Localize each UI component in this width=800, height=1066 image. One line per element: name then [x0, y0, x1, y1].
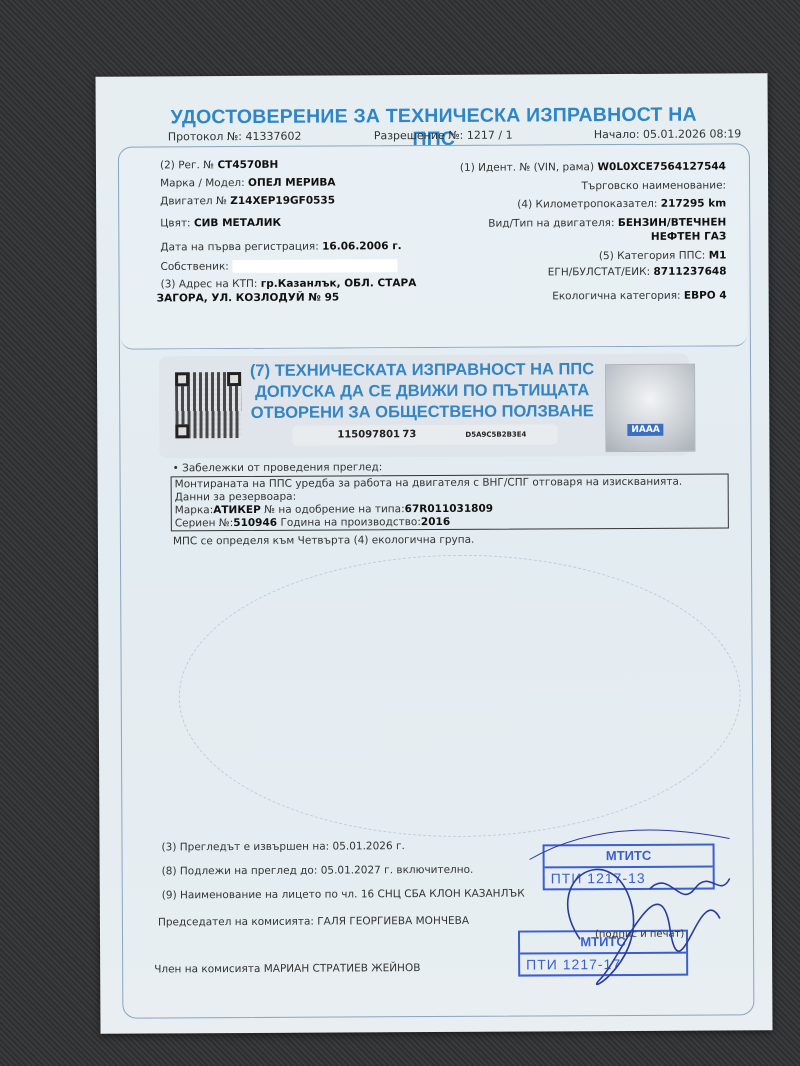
vehicle-color: Цвят: СИВ МЕТАЛИК	[160, 217, 281, 230]
owner: Собственик:	[160, 259, 397, 273]
hologram-label: ИААА	[627, 424, 663, 436]
egn-bulstat: ЕГН/БУЛСТАТ/ЕИК: 8711237648	[548, 265, 727, 278]
make-model: Марка / Модел: ОПЕЛ МЕРИВА	[160, 177, 336, 190]
sticker-suffix: 73	[402, 429, 416, 440]
engine-type-line2: НЕФТЕН ГАЗ	[651, 230, 726, 242]
sticker-code: D5A9C5B2B3E4	[465, 431, 526, 439]
next-inspection: (8) Подлежи на преглед до: 05.01.2027 г.…	[162, 864, 474, 878]
approval-statement: (7) ТЕХНИЧЕСКАТА ИЗПРАВНОСТ НА ППС ДОПУС…	[247, 359, 597, 424]
protocol-number: Протокол №: 41337602	[168, 130, 302, 144]
inspecting-entity: (9) Наименование на лицето по чл. 16 СНЦ…	[162, 888, 525, 902]
trade-name: Търговско наименование:	[581, 179, 726, 192]
qr-corner-icon	[175, 372, 189, 386]
owner-redaction	[233, 259, 398, 273]
vehicle-category: (5) Категория ППС: M1	[599, 249, 727, 262]
first-registration: Дата на първа регистрация: 16.06.2006 г.	[160, 240, 401, 253]
inspection-address-line2: ЗАГОРА, УЛ. КОЗЛОДУЙ № 95	[157, 291, 340, 304]
notes-label: • Забележки от проведения преглед:	[173, 461, 383, 474]
hologram-seal-icon	[605, 364, 695, 452]
sticker-serial: 115097801	[337, 429, 400, 440]
eco-category: Екологична категория: ЕВРО 4	[552, 289, 727, 302]
odometer: (4) Километропоказател: 217295 km	[517, 197, 726, 210]
start-time: Начало: 05.01.2026 08:19	[594, 127, 741, 141]
permit-number: Разрешение №: 1217 / 1	[374, 129, 513, 143]
eco-group-note: МПС се определя към Четвърта (4) екологи…	[173, 534, 474, 548]
inspection-address: (3) Адрес на КТП: гр.Казанлък, ОБЛ. СТАР…	[161, 277, 417, 290]
qr-corner-icon	[175, 424, 189, 438]
engine-number: Двигател № Z14XEP19GF0535	[160, 195, 335, 208]
certificate-paper: УДОСТОВЕРЕНИЕ ЗА ТЕХНИЧЕСКА ИЗПРАВНОСТ Н…	[95, 73, 772, 1034]
notes-box: Монтираната на ППС уредба за работа на д…	[171, 473, 729, 531]
reg-number: (2) Рег. № CT4570BH	[160, 159, 278, 172]
engine-type: Вид/Тип на двигателя: БЕНЗИН/ВТЕЧНЕН	[488, 216, 726, 229]
vin: (1) Идент. № (VIN, рама) W0L0XCE75641275…	[460, 160, 726, 173]
signature-icon	[519, 818, 740, 1004]
commission-member: Член на комисията МАРИАН СТРАТИЕВ ЖЕЙНОВ	[154, 962, 420, 975]
commission-chairman: Председател на комисията: ГАЛЯ ГЕОРГИЕВА…	[158, 915, 469, 929]
qr-corner-icon	[227, 372, 241, 386]
inspection-date: (3) Прегледът е извършен на: 05.01.2026 …	[162, 840, 405, 853]
